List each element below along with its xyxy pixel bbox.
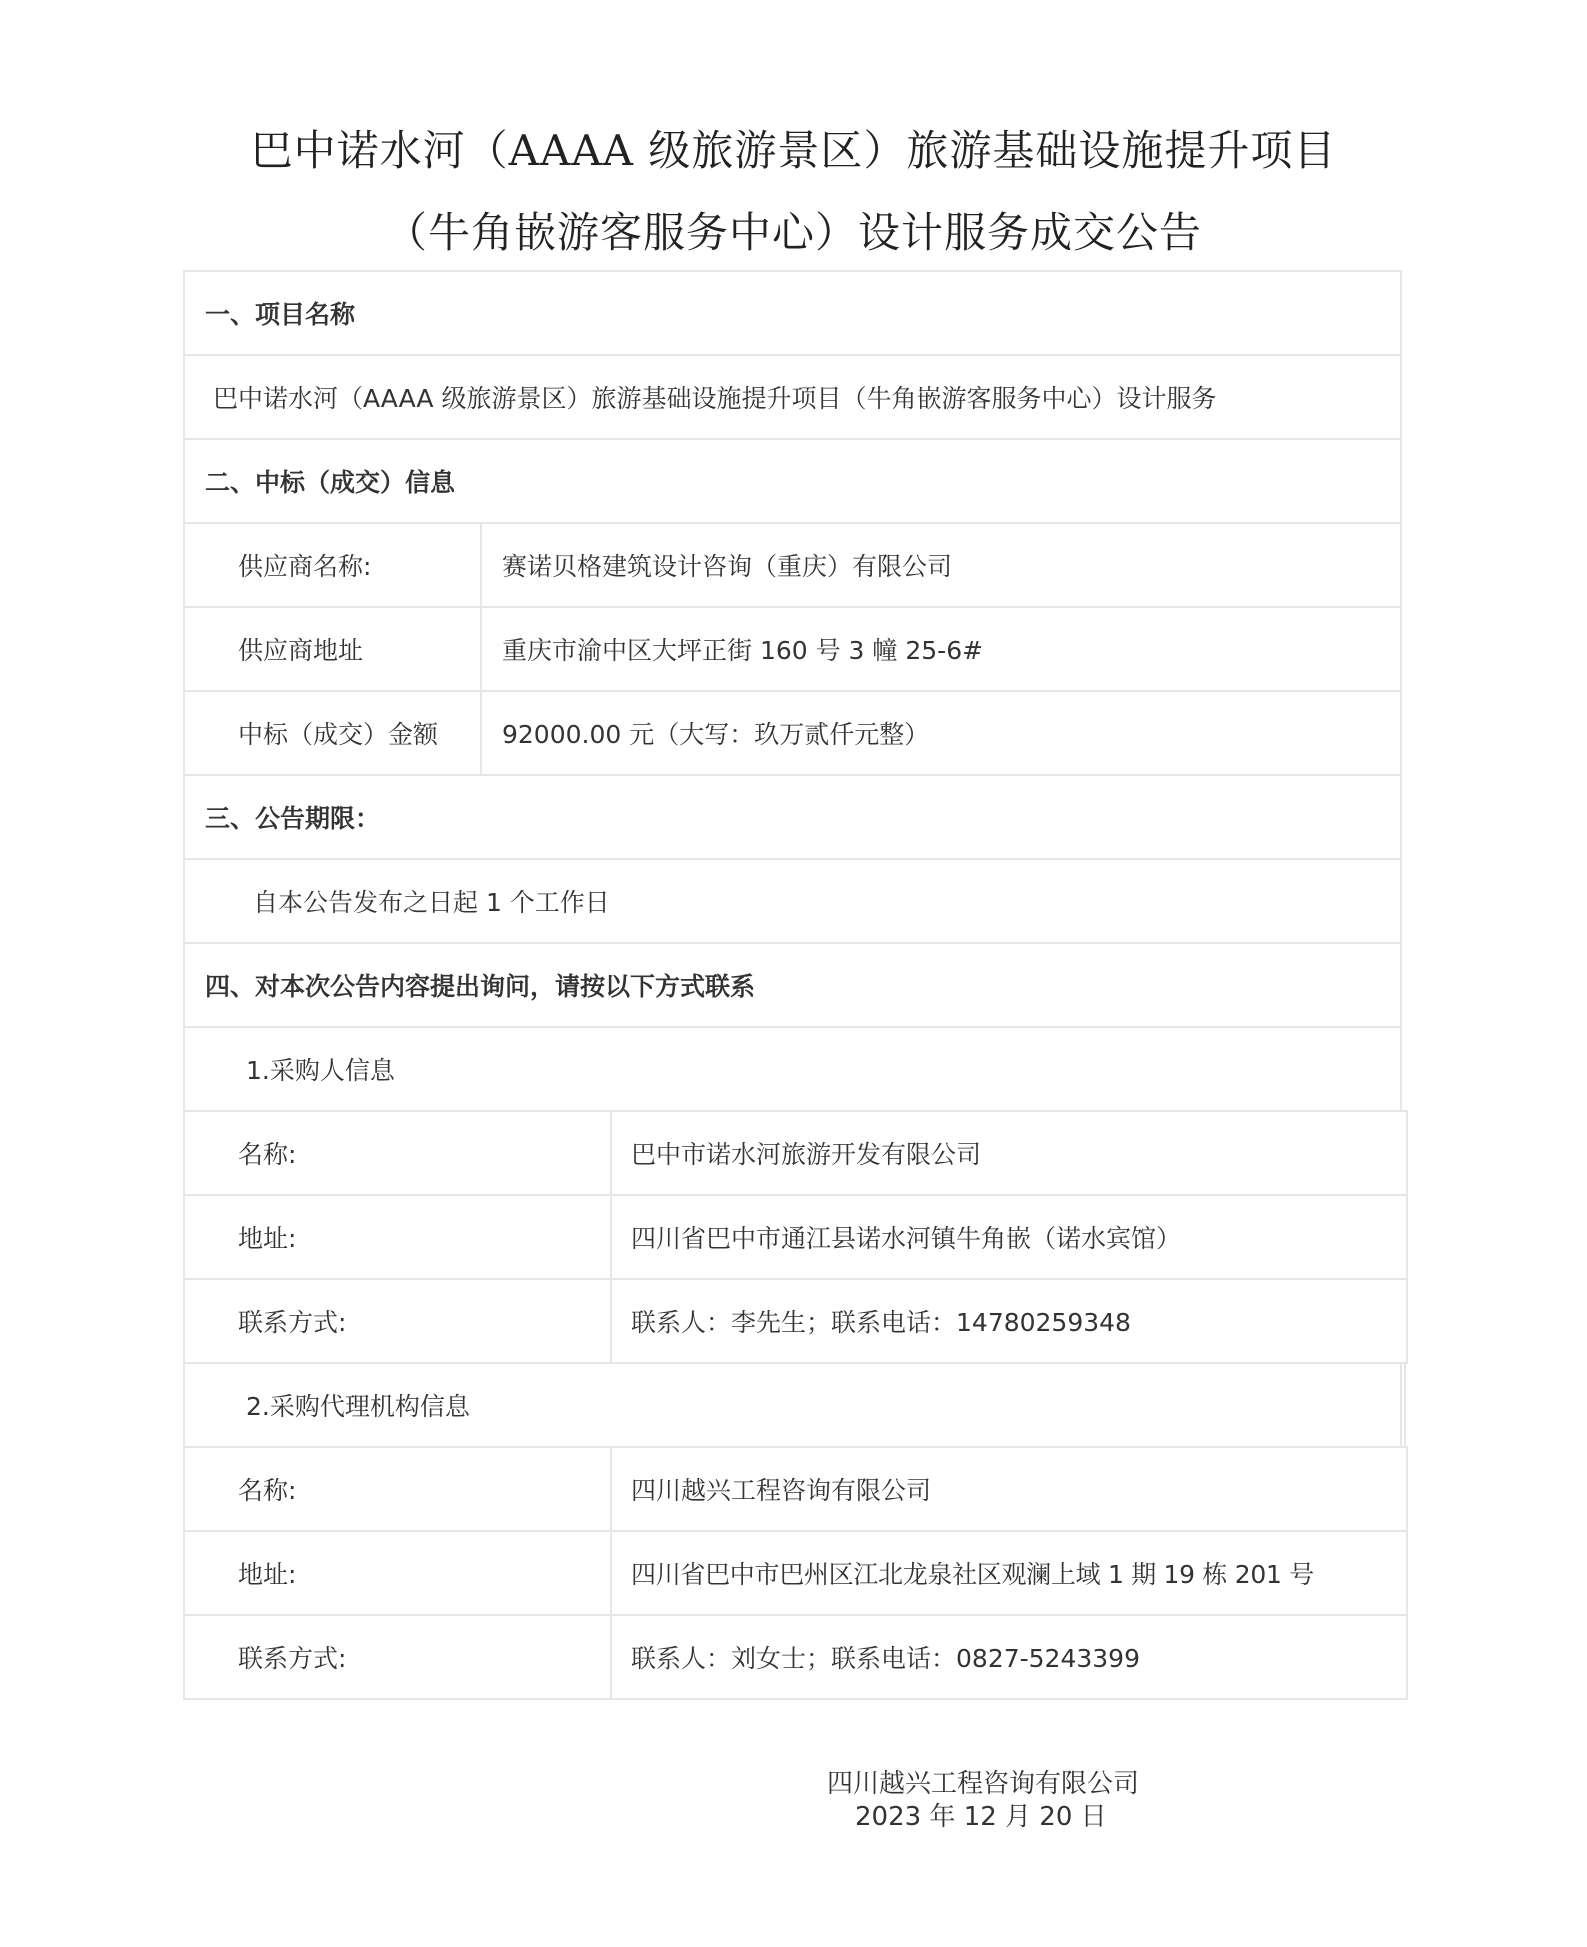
- field-label: 供应商名称:: [238, 524, 371, 606]
- field-label: 联系方式:: [238, 1616, 346, 1698]
- field-value: 联系人：李先生；联系电话：14780259348: [631, 1280, 1131, 1362]
- field-value: 赛诺贝格建筑设计咨询（重庆）有限公司: [502, 524, 952, 606]
- edge-line: [1404, 1362, 1406, 1448]
- section-heading-project-name: 一、项目名称: [183, 270, 1402, 356]
- column-divider: [480, 524, 482, 606]
- field-value: 重庆市渝中区大坪正街 160 号 3 幢 25-6#: [502, 608, 983, 690]
- column-divider: [610, 1448, 612, 1530]
- column-divider: [480, 692, 482, 774]
- table-row-purchaser-contact: 联系方式: 联系人：李先生；联系电话：14780259348: [183, 1278, 1408, 1364]
- table-row-award-amount: 中标（成交）金额 92000.00 元（大写：玖万贰仟元整）: [183, 690, 1402, 776]
- agency-subheading-row: 2.采购代理机构信息: [183, 1362, 1402, 1448]
- section-heading-contact: 四、对本次公告内容提出询问，请按以下方式联系: [183, 942, 1402, 1028]
- signature-date: 2023 年 12 月 20 日: [855, 1796, 1107, 1833]
- column-divider: [610, 1112, 612, 1194]
- column-divider: [610, 1196, 612, 1278]
- agency-subheading: 2.采购代理机构信息: [246, 1364, 470, 1446]
- field-label: 中标（成交）金额: [238, 692, 438, 774]
- section-heading-text: 一、项目名称: [205, 272, 355, 354]
- table-row-purchaser-address: 地址: 四川省巴中市通江县诺水河镇牛角嵌（诺水宾馆）: [183, 1194, 1408, 1280]
- project-name-row: 巴中诺水河（AAAA 级旅游景区）旅游基础设施提升项目（牛角嵌游客服务中心）设计…: [183, 354, 1402, 440]
- table-row-purchaser-name: 名称: 巴中市诺水河旅游开发有限公司: [183, 1110, 1408, 1196]
- field-value: 巴中市诺水河旅游开发有限公司: [631, 1112, 981, 1194]
- section-heading-text: 二、中标（成交）信息: [205, 440, 455, 522]
- field-value: 四川省巴中市通江县诺水河镇牛角嵌（诺水宾馆）: [631, 1196, 1181, 1278]
- column-divider: [610, 1280, 612, 1362]
- project-name-value: 巴中诺水河（AAAA 级旅游景区）旅游基础设施提升项目（牛角嵌游客服务中心）设计…: [213, 356, 1216, 438]
- signature-company: 四川越兴工程咨询有限公司: [827, 1763, 1139, 1800]
- field-value: 联系人：刘女士；联系电话：0827-5243399: [631, 1616, 1140, 1698]
- field-label: 供应商地址: [238, 608, 363, 690]
- notice-period-row: 自本公告发布之日起 1 个工作日: [183, 858, 1402, 944]
- section-heading-text: 四、对本次公告内容提出询问，请按以下方式联系: [205, 944, 755, 1026]
- field-label: 联系方式:: [238, 1280, 346, 1362]
- table-row-agency-contact: 联系方式: 联系人：刘女士；联系电话：0827-5243399: [183, 1614, 1408, 1700]
- column-divider: [480, 608, 482, 690]
- document-title-line-1: 巴中诺水河（AAAA 级旅游景区）旅游基础设施提升项目: [0, 118, 1587, 178]
- field-label: 地址:: [238, 1196, 296, 1278]
- table-row-supplier-name: 供应商名称: 赛诺贝格建筑设计咨询（重庆）有限公司: [183, 522, 1402, 608]
- section-heading-notice-period: 三、公告期限：: [183, 774, 1402, 860]
- table-row-agency-address: 地址: 四川省巴中市巴州区江北龙泉社区观澜上域 1 期 19 栋 201 号: [183, 1530, 1408, 1616]
- purchaser-subheading-row: 1.采购人信息: [183, 1026, 1402, 1112]
- section-heading-text: 三、公告期限：: [205, 776, 380, 858]
- field-value: 四川省巴中市巴州区江北龙泉社区观澜上域 1 期 19 栋 201 号: [631, 1532, 1314, 1614]
- notice-period-value: 自本公告发布之日起 1 个工作日: [253, 860, 610, 942]
- field-label: 名称:: [238, 1112, 296, 1194]
- table-row-supplier-address: 供应商地址 重庆市渝中区大坪正街 160 号 3 幢 25-6#: [183, 606, 1402, 692]
- column-divider: [610, 1532, 612, 1614]
- field-value: 四川越兴工程咨询有限公司: [631, 1448, 931, 1530]
- purchaser-subheading: 1.采购人信息: [246, 1028, 395, 1110]
- document-title-line-2: （牛角嵌游客服务中心）设计服务成交公告: [0, 200, 1587, 260]
- table-row-agency-name: 名称: 四川越兴工程咨询有限公司: [183, 1446, 1408, 1532]
- column-divider: [610, 1616, 612, 1698]
- section-heading-award-info: 二、中标（成交）信息: [183, 438, 1402, 524]
- field-label: 名称:: [238, 1448, 296, 1530]
- field-label: 地址:: [238, 1532, 296, 1614]
- field-value: 92000.00 元（大写：玖万贰仟元整）: [502, 692, 929, 774]
